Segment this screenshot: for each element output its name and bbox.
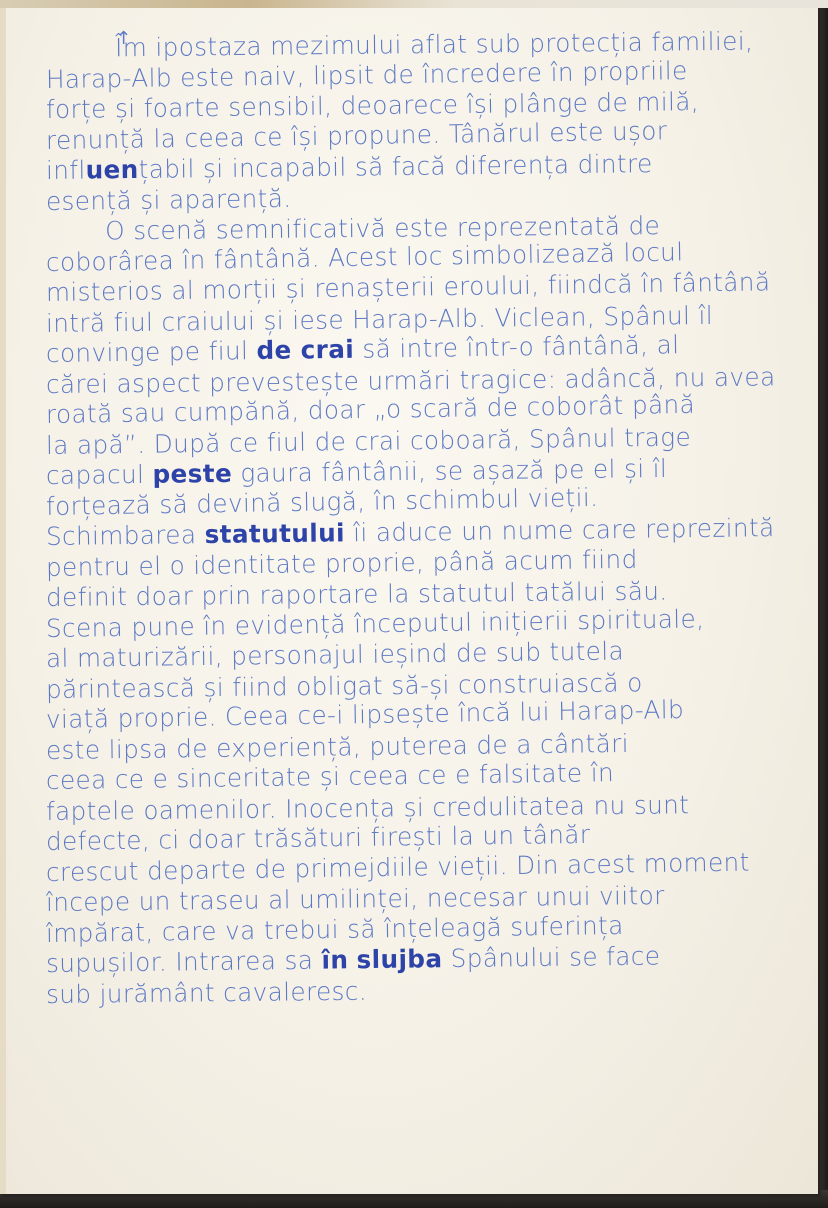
- handwritten-segment: esență și aparență.: [46, 183, 292, 215]
- handwritten-segment: infl: [46, 156, 86, 185]
- handwritten-segment: Schimbarea: [46, 520, 205, 551]
- handwritten-segment: să intre într-o fântână, al: [354, 330, 680, 364]
- background-shadow-right: [818, 0, 828, 1208]
- handwritten-segment: capacul: [46, 460, 153, 490]
- handwritten-segment: [348, 945, 357, 974]
- dark-ink-correction: slujba: [356, 944, 442, 974]
- handwritten-segment: al maturizării, personajul ieșind de sub…: [46, 636, 624, 673]
- paper-sheet: ↑ Îm ipostaza mezimului aflat sub protec…: [0, 4, 818, 1194]
- handwritten-segment: Spânului se face: [442, 941, 660, 973]
- handwritten-segment: îi aduce un nume care reprezintă: [345, 513, 775, 547]
- photo-of-handwritten-page: ↑ Îm ipostaza mezimului aflat sub protec…: [0, 0, 828, 1208]
- handwritten-text: Îm ipostaza mezimului aflat sub protecți…: [46, 34, 816, 1010]
- dark-ink-correction: statutului: [204, 518, 345, 549]
- handwritten-segment: supușilor. Intrarea sa: [46, 946, 322, 978]
- handwritten-segment: convinge pe fiul: [46, 336, 257, 368]
- dark-ink-correction: peste: [152, 459, 232, 489]
- paper-top-edge: [0, 0, 828, 8]
- handwritten-segment: țabil și incapabil să facă diferența din…: [139, 149, 653, 184]
- dark-ink-correction: de crai: [256, 335, 354, 365]
- dark-ink-correction: uen: [85, 155, 138, 185]
- dark-ink-correction: în: [321, 945, 348, 974]
- handwritten-segment: sub jurământ cavaleresc.: [46, 976, 367, 1008]
